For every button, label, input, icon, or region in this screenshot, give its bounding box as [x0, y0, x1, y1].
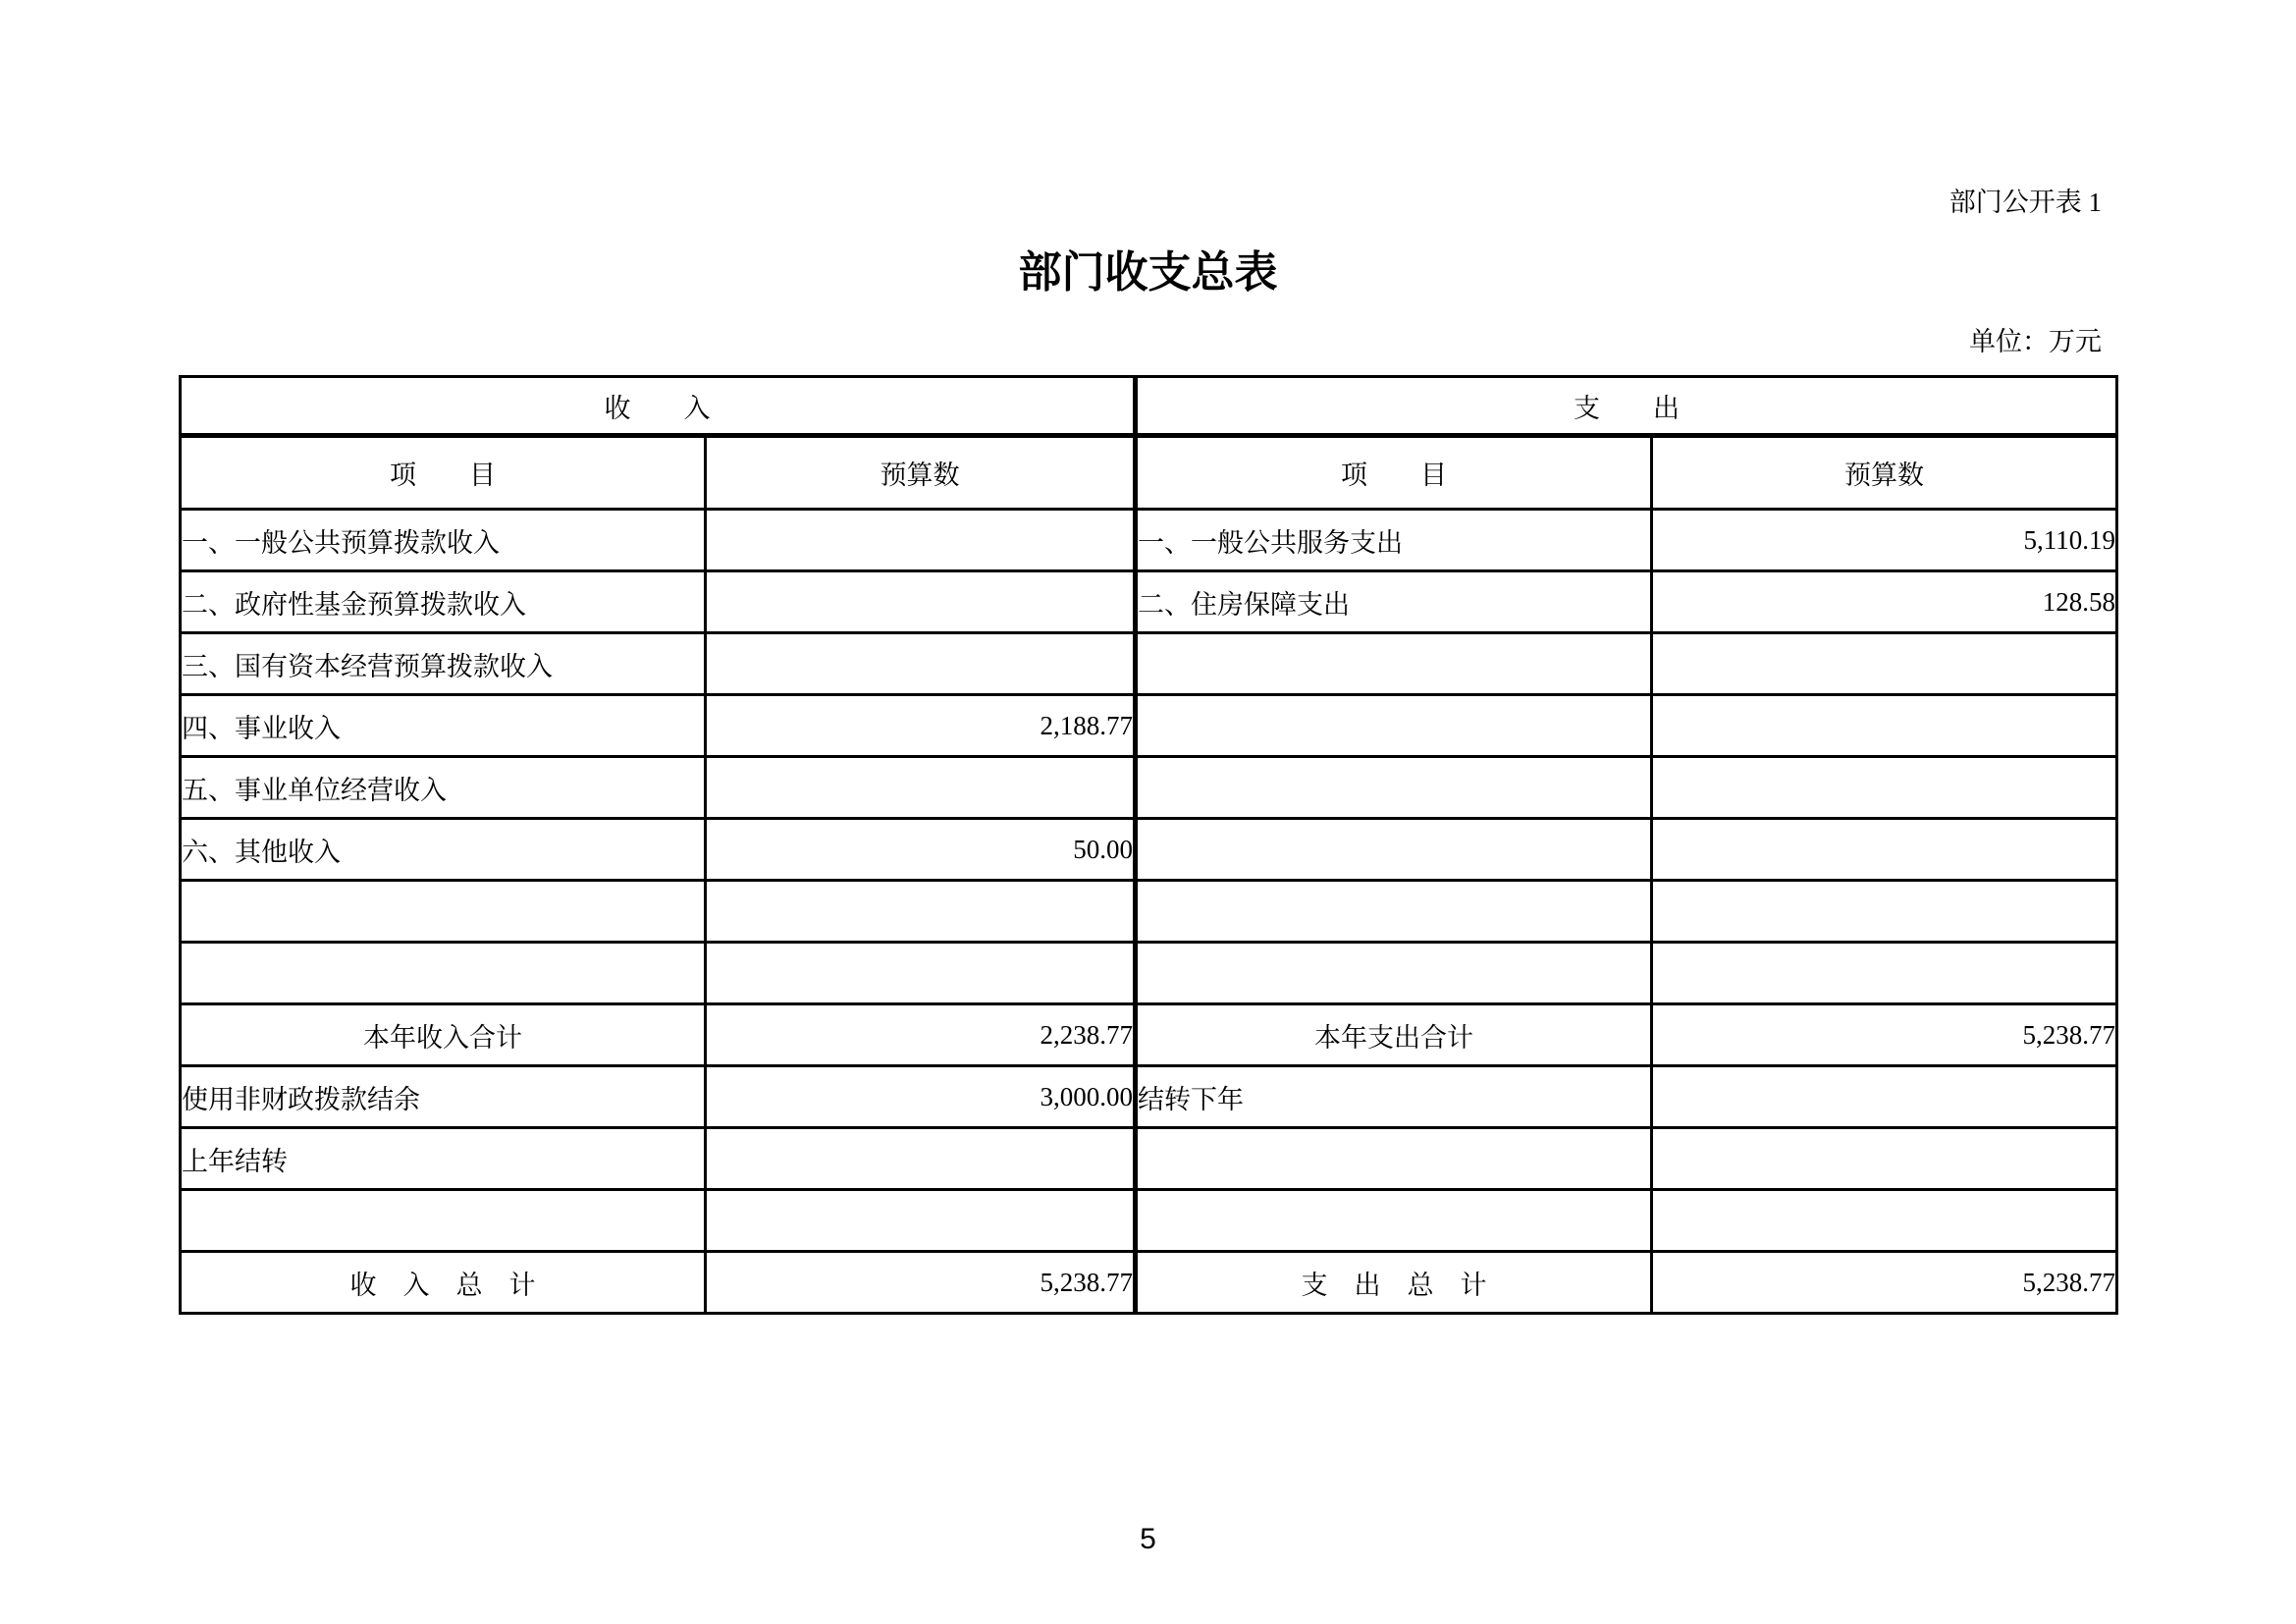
- subtotal-row: 本年收入合计 2,238.77 本年支出合计 5,238.77: [181, 1004, 2117, 1066]
- expense-item-cell: [1136, 633, 1652, 695]
- income-budget-cell: 2,238.77: [706, 1004, 1136, 1066]
- expense-item-cell: [1136, 695, 1652, 757]
- income-item-cell: 使用非财政拨款结余: [181, 1066, 706, 1128]
- expense-item-cell: [1136, 943, 1652, 1004]
- income-item-cell: 收 入 总 计: [181, 1252, 706, 1314]
- income-item-cell: 三、国有资本经营预算拨款收入: [181, 633, 706, 695]
- expense-budget-cell: 5,238.77: [1652, 1004, 2117, 1066]
- grand-total-row: 收 入 总 计 5,238.77 支 出 总 计 5,238.77: [181, 1252, 2117, 1314]
- income-item-cell: [181, 943, 706, 1004]
- expense-budget-cell: [1652, 1128, 2117, 1190]
- expense-budget-cell: [1652, 943, 2117, 1004]
- unit-note: 单位：万元: [1969, 326, 2102, 357]
- expense-budget-cell: [1652, 695, 2117, 757]
- expense-item-cell: [1136, 819, 1652, 881]
- table-row: [181, 1190, 2117, 1252]
- table-row: 五、事业单位经营收入: [181, 757, 2117, 819]
- income-item-cell: 四、事业收入: [181, 695, 706, 757]
- income-budget-cell: [706, 510, 1136, 571]
- income-item-cell: 本年收入合计: [181, 1004, 706, 1066]
- table-row: 一、一般公共预算拨款收入 一、一般公共服务支出 5,110.19: [181, 510, 2117, 571]
- expense-budget-cell: [1652, 1190, 2117, 1252]
- expense-item-cell: [1136, 881, 1652, 943]
- expense-item-cell: 一、一般公共服务支出: [1136, 510, 1652, 571]
- expense-item-cell: 支 出 总 计: [1136, 1252, 1652, 1314]
- expense-budget-cell: 5,110.19: [1652, 510, 2117, 571]
- income-item-cell: 六、其他收入: [181, 819, 706, 881]
- expense-budget-cell: [1652, 1066, 2117, 1128]
- income-budget-cell: [706, 1128, 1136, 1190]
- expense-budget-column-header: 预算数: [1652, 436, 2117, 510]
- income-section-header: 收 入: [181, 377, 1136, 436]
- table-row: 四、事业收入 2,188.77: [181, 695, 2117, 757]
- income-item-cell: 五、事业单位经营收入: [181, 757, 706, 819]
- expense-budget-cell: [1652, 819, 2117, 881]
- expense-budget-cell: [1652, 757, 2117, 819]
- expense-item-cell: [1136, 757, 1652, 819]
- income-budget-cell: [706, 881, 1136, 943]
- section-header-row: 收 入 支 出: [181, 377, 2117, 436]
- income-budget-cell: [706, 633, 1136, 695]
- income-budget-cell: 50.00: [706, 819, 1136, 881]
- income-item-cell: [181, 1190, 706, 1252]
- expense-item-column-header: 项 目: [1136, 436, 1652, 510]
- page-number: 5: [0, 1522, 2296, 1557]
- income-budget-cell: [706, 757, 1136, 819]
- income-budget-cell: [706, 943, 1136, 1004]
- income-item-cell: 上年结转: [181, 1128, 706, 1190]
- expense-budget-cell: 128.58: [1652, 571, 2117, 633]
- table-row: 二、政府性基金预算拨款收入 二、住房保障支出 128.58: [181, 571, 2117, 633]
- expense-budget-cell: 5,238.77: [1652, 1252, 2117, 1314]
- document-page: 部门公开表 1 部门收支总表 单位：万元 收 入 支 出 项 目 预算数 项 目…: [0, 0, 2296, 1624]
- table-row: [181, 943, 2117, 1004]
- table-row: 六、其他收入 50.00: [181, 819, 2117, 881]
- income-budget-cell: 2,188.77: [706, 695, 1136, 757]
- expense-item-cell: 本年支出合计: [1136, 1004, 1652, 1066]
- expense-item-cell: [1136, 1128, 1652, 1190]
- expense-item-cell: 结转下年: [1136, 1066, 1652, 1128]
- income-budget-column-header: 预算数: [706, 436, 1136, 510]
- expense-item-cell: 二、住房保障支出: [1136, 571, 1652, 633]
- expense-section-header: 支 出: [1136, 377, 2117, 436]
- expense-item-cell: [1136, 1190, 1652, 1252]
- expense-budget-cell: [1652, 881, 2117, 943]
- income-item-column-header: 项 目: [181, 436, 706, 510]
- table-row: 三、国有资本经营预算拨款收入: [181, 633, 2117, 695]
- column-header-row: 项 目 预算数 项 目 预算数: [181, 436, 2117, 510]
- expense-budget-cell: [1652, 633, 2117, 695]
- income-budget-cell: [706, 1190, 1136, 1252]
- table-row: [181, 881, 2117, 943]
- income-budget-cell: [706, 571, 1136, 633]
- income-budget-cell: 5,238.77: [706, 1252, 1136, 1314]
- income-budget-cell: 3,000.00: [706, 1066, 1136, 1128]
- page-title: 部门收支总表: [0, 245, 2296, 300]
- table-row: 使用非财政拨款结余 3,000.00 结转下年: [181, 1066, 2117, 1128]
- table-row: 上年结转: [181, 1128, 2117, 1190]
- budget-summary-table: 收 入 支 出 项 目 预算数 项 目 预算数 一、一般公共预算拨款收入 一、一…: [179, 375, 2118, 1315]
- income-item-cell: 一、一般公共预算拨款收入: [181, 510, 706, 571]
- income-item-cell: 二、政府性基金预算拨款收入: [181, 571, 706, 633]
- income-item-cell: [181, 881, 706, 943]
- corner-label: 部门公开表 1: [1949, 187, 2102, 218]
